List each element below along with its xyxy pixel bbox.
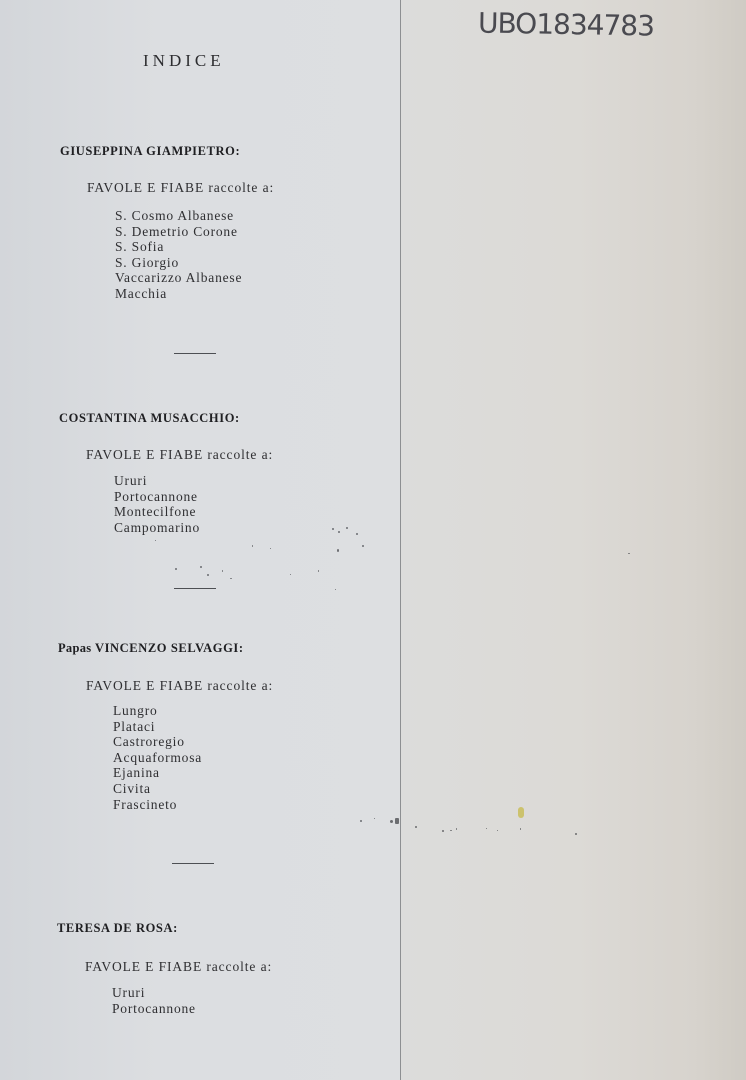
list-item: Portocannone	[114, 489, 200, 505]
author-heading: Papas VINCENZO SELVAGGI:	[58, 641, 244, 656]
place-list: Ururi Portocannone Montecilfone Campomar…	[114, 473, 200, 535]
section-subheading: FAVOLE E FIABE raccolte a:	[86, 447, 273, 463]
list-item: Macchia	[115, 286, 242, 302]
place-list: Ururi Portocannone	[112, 985, 196, 1016]
list-item: Montecilfone	[114, 504, 200, 520]
list-item: Ururi	[114, 473, 200, 489]
section-subheading: FAVOLE E FIABE raccolte a:	[87, 180, 274, 196]
list-item: S. Cosmo Albanese	[115, 208, 242, 224]
list-item: Frascineto	[113, 797, 202, 813]
section-subheading: FAVOLE E FIABE raccolte a:	[85, 959, 272, 975]
list-item: Ururi	[112, 985, 196, 1001]
section-divider	[174, 588, 216, 589]
page-fold-line	[400, 0, 401, 1080]
list-item: S. Giorgio	[115, 255, 242, 271]
list-item: Acquaformosa	[113, 750, 202, 766]
list-item: Ejanina	[113, 765, 202, 781]
list-item: Lungro	[113, 703, 202, 719]
page-title: INDICE	[143, 51, 225, 71]
place-list: S. Cosmo Albanese S. Demetrio Corone S. …	[115, 208, 242, 302]
list-item: S. Sofia	[115, 239, 242, 255]
place-list: Lungro Plataci Castroregio Acquaformosa …	[113, 703, 202, 812]
list-item: S. Demetrio Corone	[115, 224, 242, 240]
author-heading: COSTANTINA MUSACCHIO:	[59, 411, 240, 426]
section-divider	[174, 353, 216, 354]
paper-stain	[518, 807, 524, 818]
list-item: Vaccarizzo Albanese	[115, 270, 242, 286]
list-item: Portocannone	[112, 1001, 196, 1017]
handwritten-catalog-number: UBO1834783	[478, 6, 655, 42]
author-title-prefix: Papas	[58, 641, 91, 655]
author-heading: TERESA DE ROSA:	[57, 921, 178, 936]
author-name: TERESA DE ROSA:	[57, 921, 178, 935]
section-subheading: FAVOLE E FIABE raccolte a:	[86, 678, 273, 694]
list-item: Campomarino	[114, 520, 200, 536]
left-page	[0, 0, 401, 1080]
list-item: Castroregio	[113, 734, 202, 750]
right-page	[401, 0, 746, 1080]
author-name: GIUSEPPINA GIAMPIETRO:	[60, 144, 240, 158]
list-item: Plataci	[113, 719, 202, 735]
section-divider	[172, 863, 214, 864]
list-item: Civita	[113, 781, 202, 797]
author-name: VINCENZO SELVAGGI:	[95, 641, 244, 655]
author-heading: GIUSEPPINA GIAMPIETRO:	[60, 144, 240, 159]
author-name: COSTANTINA MUSACCHIO:	[59, 411, 240, 425]
